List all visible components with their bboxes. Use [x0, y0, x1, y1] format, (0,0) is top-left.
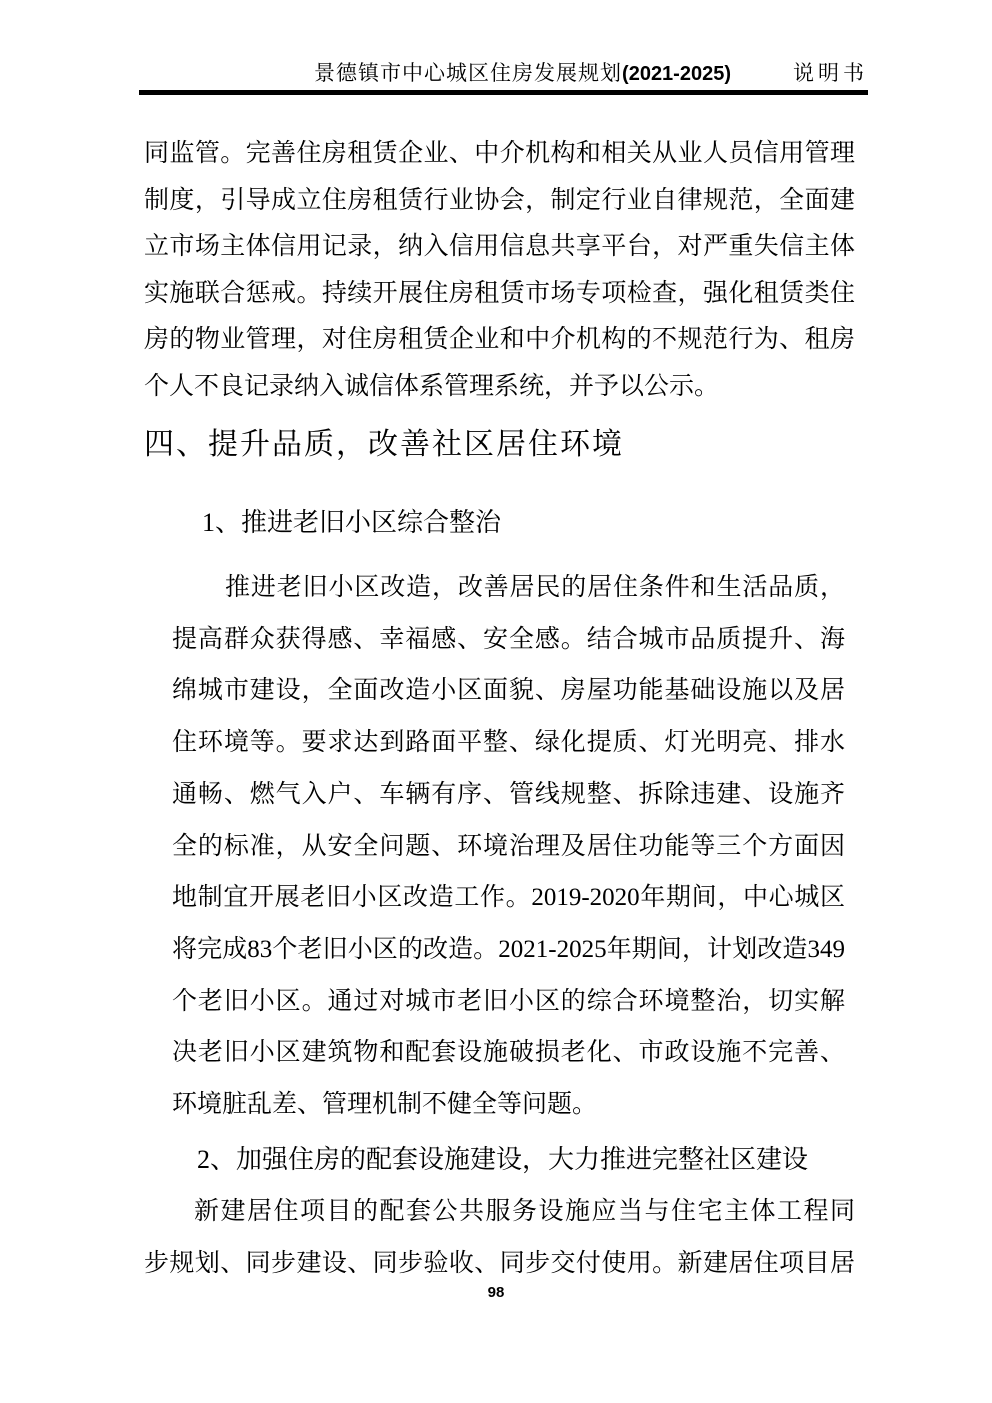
paragraph-continuation: 同监管。完善住房租赁企业、中介机构和相关从业人员信用管理制度，引导成立住房租赁行…	[144, 131, 855, 410]
text-line: 同监管。完善住房租赁企业、中介机构和相关从业人员信用管理	[144, 131, 855, 178]
text-line: 立市场主体信用记录，纳入信用信息共享平台，对严重失信主体	[144, 224, 855, 271]
text-line: 实施联合惩戒。持续开展住房租赁市场专项检查，强化租赁类住	[144, 271, 855, 318]
page-number: 98	[0, 1284, 992, 1302]
text-line: 全的标准，从安全问题、环境治理及居住功能等三个方面因	[172, 821, 845, 873]
document-page: 景德镇市中心城区住房发展规划(2021-2025)说明书 同监管。完善住房租赁企…	[0, 0, 992, 1403]
text-line: 将完成83个老旧小区的改造。2021-2025年期间，计划改造349	[172, 924, 845, 976]
text-line: 提高群众获得感、幸福感、安全感。结合城市品质提升、海	[172, 614, 845, 666]
text-line: 制度，引导成立住房租赁行业协会，制定行业自律规范，全面建	[144, 178, 855, 225]
text-line: 个人不良记录纳入诚信体系管理系统，并予以公示。	[144, 364, 855, 411]
text-line: 步规划、同步建设、同步验收、同步交付使用。新建居住项目居	[144, 1238, 855, 1290]
header-title: 景德镇市中心城区住房发展规划	[314, 61, 622, 85]
header-rule	[139, 90, 868, 95]
page-header: 景德镇市中心城区住房发展规划(2021-2025)说明书	[140, 60, 868, 87]
header-title-years: (2021-2025)	[622, 63, 731, 85]
text-line: 房的物业管理，对住房租赁企业和中介机构的不规范行为、租房	[144, 317, 855, 364]
text-line: 个老旧小区。通过对城市老旧小区的综合环境整治，切实解	[172, 976, 845, 1028]
subsection-1-heading: 1、推进老旧小区综合整治	[202, 503, 501, 543]
paragraph-renovation: 推进老旧小区改造，改善居民的居住条件和生活品质，提高群众获得感、幸福感、安全感。…	[172, 562, 845, 1131]
text-line: 环境脏乱差、管理机制不健全等问题。	[172, 1079, 845, 1131]
subsection-2-heading: 2、加强住房的配套设施建设，大力推进完整社区建设	[197, 1140, 808, 1180]
text-line: 决老旧小区建筑物和配套设施破损老化、市政设施不完善、	[172, 1027, 845, 1079]
paragraph-facilities: 新建居住项目的配套公共服务设施应当与住宅主体工程同步规划、同步建设、同步验收、同…	[144, 1186, 855, 1290]
text-line: 住环境等。要求达到路面平整、绿化提质、灯光明亮、排水	[172, 717, 845, 769]
section-heading: 四、提升品质，改善社区居住环境	[144, 424, 624, 466]
text-line: 地制宜开展老旧小区改造工作。2019-2020年期间，中心城区	[172, 872, 845, 924]
header-doc-label: 说明书	[793, 61, 868, 85]
text-line: 通畅、燃气入户、车辆有序、管线规整、拆除违建、设施齐	[172, 769, 845, 821]
text-line: 推进老旧小区改造，改善居民的居住条件和生活品质，	[172, 562, 845, 614]
text-line: 新建居住项目的配套公共服务设施应当与住宅主体工程同	[144, 1186, 855, 1238]
text-line: 绵城市建设，全面改造小区面貌、房屋功能基础设施以及居	[172, 665, 845, 717]
